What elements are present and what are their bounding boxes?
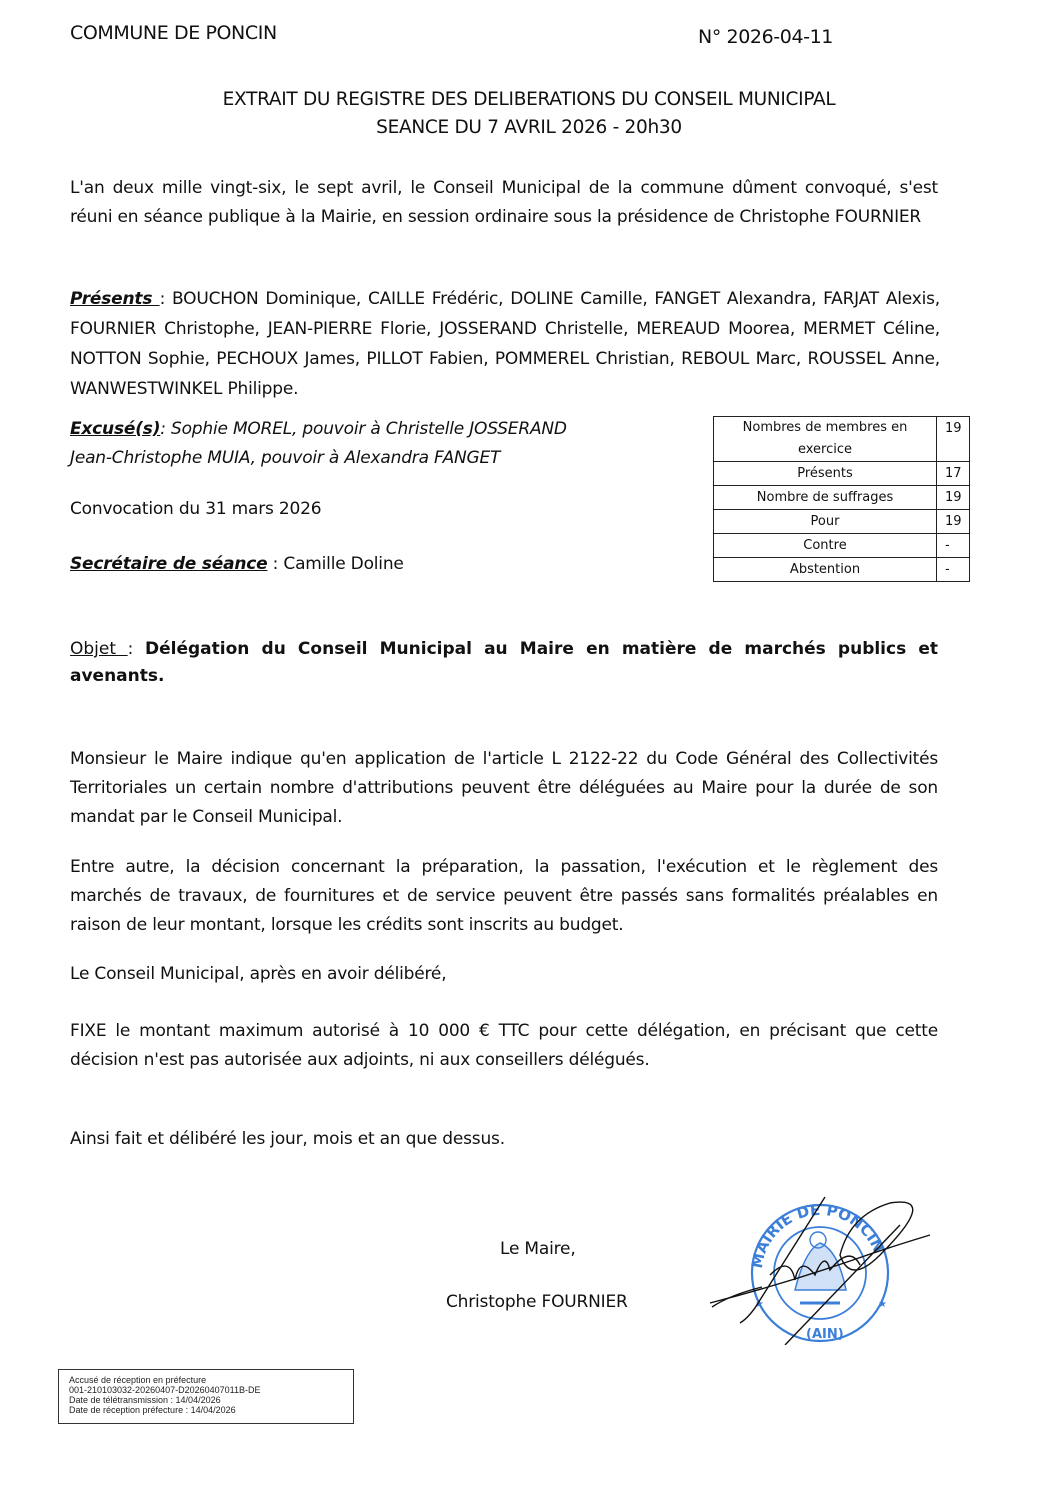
votes-row: Présents17 (714, 462, 970, 486)
presents-names: BOUCHON Dominique, CAILLE Frédéric, DOLI… (70, 289, 940, 399)
votes-row: Nombre de suffrages19 (714, 486, 970, 510)
excuse-1: Sophie MOREL, pouvoir à Christelle JOSSE… (171, 419, 567, 439)
commune-name: COMMUNE DE PONCIN (70, 22, 277, 44)
secretaire-section: Secrétaire de séance : Camille Doline (70, 550, 404, 579)
body-paragraph-2: Entre autre, la décision concernant la p… (70, 853, 938, 940)
presents-section: Présents : BOUCHON Dominique, CAILLE Fré… (70, 284, 940, 404)
votes-table: Nombres de membres en exercice19Présents… (713, 416, 970, 582)
secretaire-label: Secrétaire de séance (70, 554, 267, 574)
excuse-2: Jean-Christophe MUIA, pouvoir à Alexandr… (70, 444, 690, 473)
secretaire-separator: : (267, 554, 283, 574)
svg-text:★: ★ (878, 1299, 887, 1310)
body-paragraph-3: Le Conseil Municipal, après en avoir dél… (70, 960, 446, 989)
presents-label: Présents (70, 289, 160, 309)
votes-label: Présents (714, 462, 937, 486)
votes-label: Contre (714, 534, 937, 558)
objet-section: Objet : Délégation du Conseil Municipal … (70, 636, 938, 690)
votes-value: 17 (937, 462, 970, 486)
svg-text:(AIN): (AIN) (806, 1327, 844, 1342)
decision-paragraph: FIXE le montant maximum autorisé à 10 00… (70, 1017, 938, 1075)
votes-row: Pour19 (714, 510, 970, 534)
deliberation-number: N° 2026-04-11 (698, 26, 833, 48)
excuses-line1: Excusé(s): Sophie MOREL, pouvoir à Chris… (70, 415, 690, 444)
objet-label: Objet (70, 639, 128, 659)
stamp-seal-icon: MAIRIE DE PONCIN (AIN) ★ ★ (700, 1195, 950, 1345)
document-title: EXTRAIT DU REGISTRE DES DELIBERATIONS DU… (0, 86, 1058, 114)
excuses-separator: : (160, 419, 171, 439)
votes-row: Contre- (714, 534, 970, 558)
votes-row: Abstention- (714, 558, 970, 582)
votes-label: Pour (714, 510, 937, 534)
body-paragraph-1: Monsieur le Maire indique qu'en applicat… (70, 745, 938, 832)
prefecture-acknowledgment: Accusé de réception en préfecture 001-21… (58, 1369, 354, 1424)
excuses-section: Excusé(s): Sophie MOREL, pouvoir à Chris… (70, 415, 690, 473)
votes-value: - (937, 534, 970, 558)
secretaire-name: Camille Doline (283, 554, 403, 574)
votes-label: Nombre de suffrages (714, 486, 937, 510)
ack-reception-date: Date de réception préfecture : 14/04/202… (69, 1405, 343, 1415)
session-title: SEANCE DU 7 AVRIL 2026 - 20h30 (0, 114, 1058, 142)
ack-reference: 001-210103032-20260407-D20260407011B-DE (69, 1385, 343, 1395)
votes-label: Nombres de membres en exercice (714, 417, 937, 462)
signature-name: Christophe FOURNIER (446, 1288, 628, 1317)
objet-separator: : (128, 639, 145, 659)
signature-role: Le Maire, (500, 1235, 576, 1264)
votes-value: 19 (937, 510, 970, 534)
votes-value: 19 (937, 486, 970, 510)
ack-title: Accusé de réception en préfecture (69, 1375, 343, 1385)
votes-row: Nombres de membres en exercice19 (714, 417, 970, 462)
closing-paragraph: Ainsi fait et délibéré les jour, mois et… (70, 1125, 505, 1154)
ack-transmission-date: Date de télétransmission : 14/04/2026 (69, 1395, 343, 1405)
objet-text: Délégation du Conseil Municipal au Maire… (70, 639, 938, 686)
excuses-label: Excusé(s) (70, 419, 160, 439)
mairie-stamp: MAIRIE DE PONCIN (AIN) ★ ★ (700, 1195, 950, 1345)
votes-value: 19 (937, 417, 970, 462)
presents-separator: : (160, 289, 172, 309)
convocation-date: Convocation du 31 mars 2026 (70, 495, 321, 524)
votes-value: - (937, 558, 970, 582)
votes-label: Abstention (714, 558, 937, 582)
intro-paragraph: L'an deux mille vingt-six, le sept avril… (70, 174, 938, 232)
